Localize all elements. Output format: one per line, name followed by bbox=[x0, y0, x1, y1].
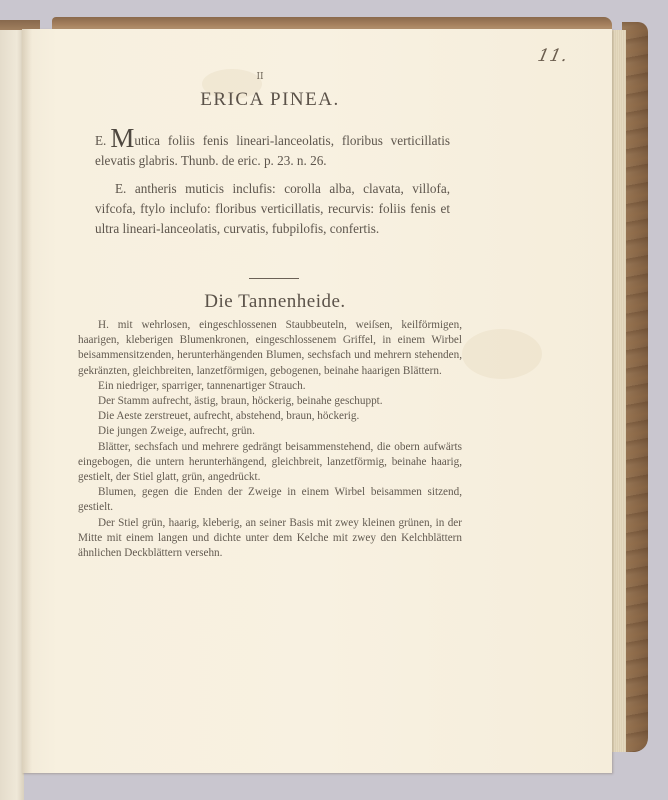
latin-diagnosis-text: utica foliis fenis lineari-lanceolatis, … bbox=[95, 133, 450, 168]
german-paragraph: Blätter, sechsfach und mehrere gedrängt … bbox=[78, 440, 462, 486]
paper-stain bbox=[462, 329, 542, 379]
latin-diagnosis-author: E. antheris muticis inclufis: corolla al… bbox=[95, 179, 450, 239]
german-paragraph: H. mit wehrlosen, eingeschlossenen Staub… bbox=[78, 318, 462, 379]
page-block-edges bbox=[610, 30, 626, 752]
german-paragraph: Der Stiel grün, haarig, kleberig, an sei… bbox=[78, 516, 462, 562]
german-paragraph: Die jungen Zweige, aufrecht, grün. bbox=[78, 424, 462, 439]
page-gutter-shadow bbox=[22, 29, 32, 773]
german-paragraph: Die Aeste zerstreuet, aufrecht, abstehen… bbox=[78, 409, 462, 424]
latin-diagnosis-thunberg: E.Mutica foliis fenis lineari-lanceolati… bbox=[95, 130, 450, 171]
latin-description: E.Mutica foliis fenis lineari-lanceolati… bbox=[95, 130, 450, 239]
genus-abbrev: E. bbox=[95, 133, 106, 148]
section-divider bbox=[249, 278, 299, 279]
species-title-latin: ERICA PINEA. bbox=[120, 89, 420, 111]
drop-cap: M bbox=[110, 123, 134, 153]
german-paragraph: Ein niedriger, sparriger, tannenartiger … bbox=[78, 379, 462, 394]
species-title-german: Die Tannenheide. bbox=[120, 291, 430, 313]
german-description: H. mit wehrlosen, eingeschlossenen Staub… bbox=[78, 318, 462, 561]
german-paragraph: Blumen, gegen die Enden der Zweige in ei… bbox=[78, 485, 462, 515]
folio-number: 11. bbox=[536, 46, 570, 66]
facing-page-edge bbox=[0, 30, 24, 800]
german-paragraph: Der Stamm aufrecht, ästig, braun, höcker… bbox=[78, 394, 462, 409]
signature-mark: II bbox=[230, 72, 290, 82]
